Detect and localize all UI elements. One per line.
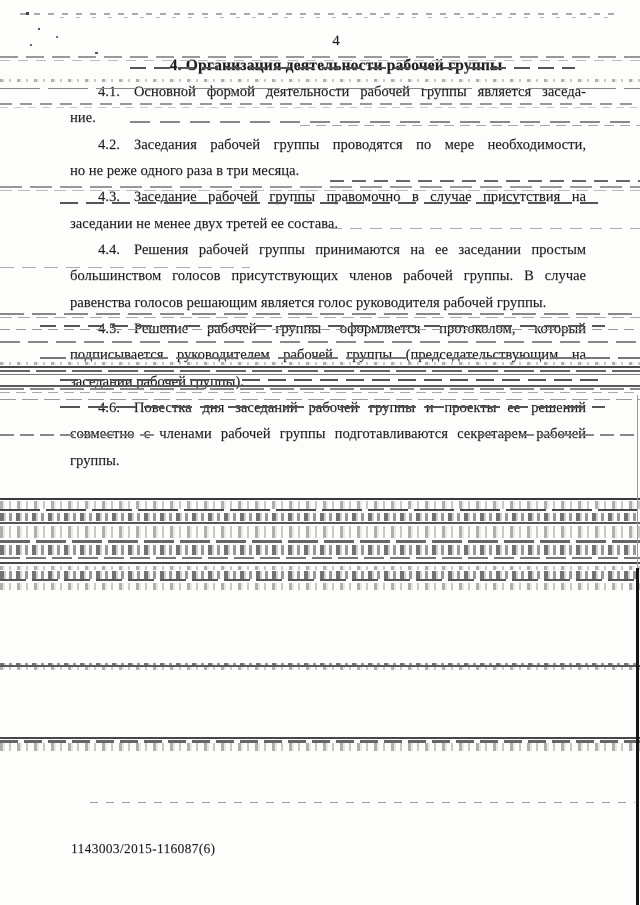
- footer-document-code: 1143003/2015-116087(6): [71, 841, 215, 857]
- paragraph-line: равенства голосов решающим является голо…: [70, 290, 586, 316]
- scanned-document-page: 4 4. Организация деятельности рабочей гр…: [0, 0, 640, 905]
- paragraph-number: 4.2.: [98, 137, 120, 153]
- scan-noise: [636, 568, 639, 905]
- paragraph-number: 4.5.: [98, 321, 120, 337]
- paragraph-line: заседании рабочей группы).: [70, 369, 586, 395]
- paragraph-line: 4.6.Повестка дня заседаний рабочей групп…: [70, 395, 586, 421]
- scan-noise: [26, 12, 29, 15]
- document-body: 4.1.Основной формой деятельности рабочей…: [70, 79, 586, 474]
- paragraph-line: группы.: [70, 448, 586, 474]
- scan-noise: [0, 509, 640, 511]
- paragraph-number: 4.6.: [98, 400, 120, 416]
- scan-noise: [0, 557, 640, 559]
- paragraph-line: 4.1.Основной формой деятельности рабочей…: [70, 79, 586, 105]
- scan-noise: [637, 395, 638, 570]
- paragraph-number: 4.3.: [98, 189, 120, 205]
- scan-noise: [20, 13, 620, 15]
- scan-noise: [38, 28, 40, 30]
- paragraph-line: 4.5.Решение рабочей группы оформляется п…: [70, 316, 586, 342]
- paragraph-number: 4.4.: [98, 242, 120, 258]
- scan-noise: [0, 583, 640, 590]
- scan-noise: [0, 571, 640, 579]
- paragraph-line: заседании не менее двух третей ее состав…: [70, 211, 586, 237]
- paragraph-line: 4.3.Заседание рабочей группы правомочно …: [70, 184, 586, 210]
- scan-noise: [0, 743, 640, 751]
- paragraph-line: ние.: [70, 105, 586, 131]
- paragraph-line: большинством голосов присутствующих член…: [70, 263, 586, 289]
- scan-noise: [60, 17, 620, 18]
- scan-noise: [0, 665, 640, 667]
- scan-noise: [0, 522, 640, 524]
- scan-noise: [0, 501, 640, 509]
- paragraph-line: 4.4.Решения рабочей группы принимаются н…: [70, 237, 586, 263]
- scan-noise: [0, 566, 640, 570]
- section-heading: 4. Организация деятельности рабочей груп…: [56, 57, 616, 75]
- scan-noise: [0, 667, 640, 670]
- scan-noise: [0, 737, 640, 739]
- scan-noise: [90, 802, 635, 803]
- paragraph-line: подписывается руководителем рабочей груп…: [70, 342, 586, 368]
- scan-noise: [0, 562, 640, 564]
- scan-noise: [0, 545, 640, 555]
- scan-noise: [0, 513, 640, 521]
- scan-noise: [0, 540, 640, 543]
- paragraph-number: 4.1.: [98, 84, 120, 100]
- scan-noise: [0, 579, 640, 581]
- paragraph-line: но не реже одного раза в три месяца.: [70, 158, 586, 184]
- scan-noise: [0, 663, 640, 665]
- scan-noise: [95, 52, 98, 54]
- scan-noise: [0, 498, 640, 500]
- page-number: 4: [0, 33, 640, 50]
- scan-noise: [0, 526, 640, 538]
- paragraph-line: 4.2.Заседания рабочей группы проводятся …: [70, 132, 586, 158]
- paragraph-line: совместно с членами рабочей группы подго…: [70, 421, 586, 447]
- scan-noise: [0, 740, 640, 743]
